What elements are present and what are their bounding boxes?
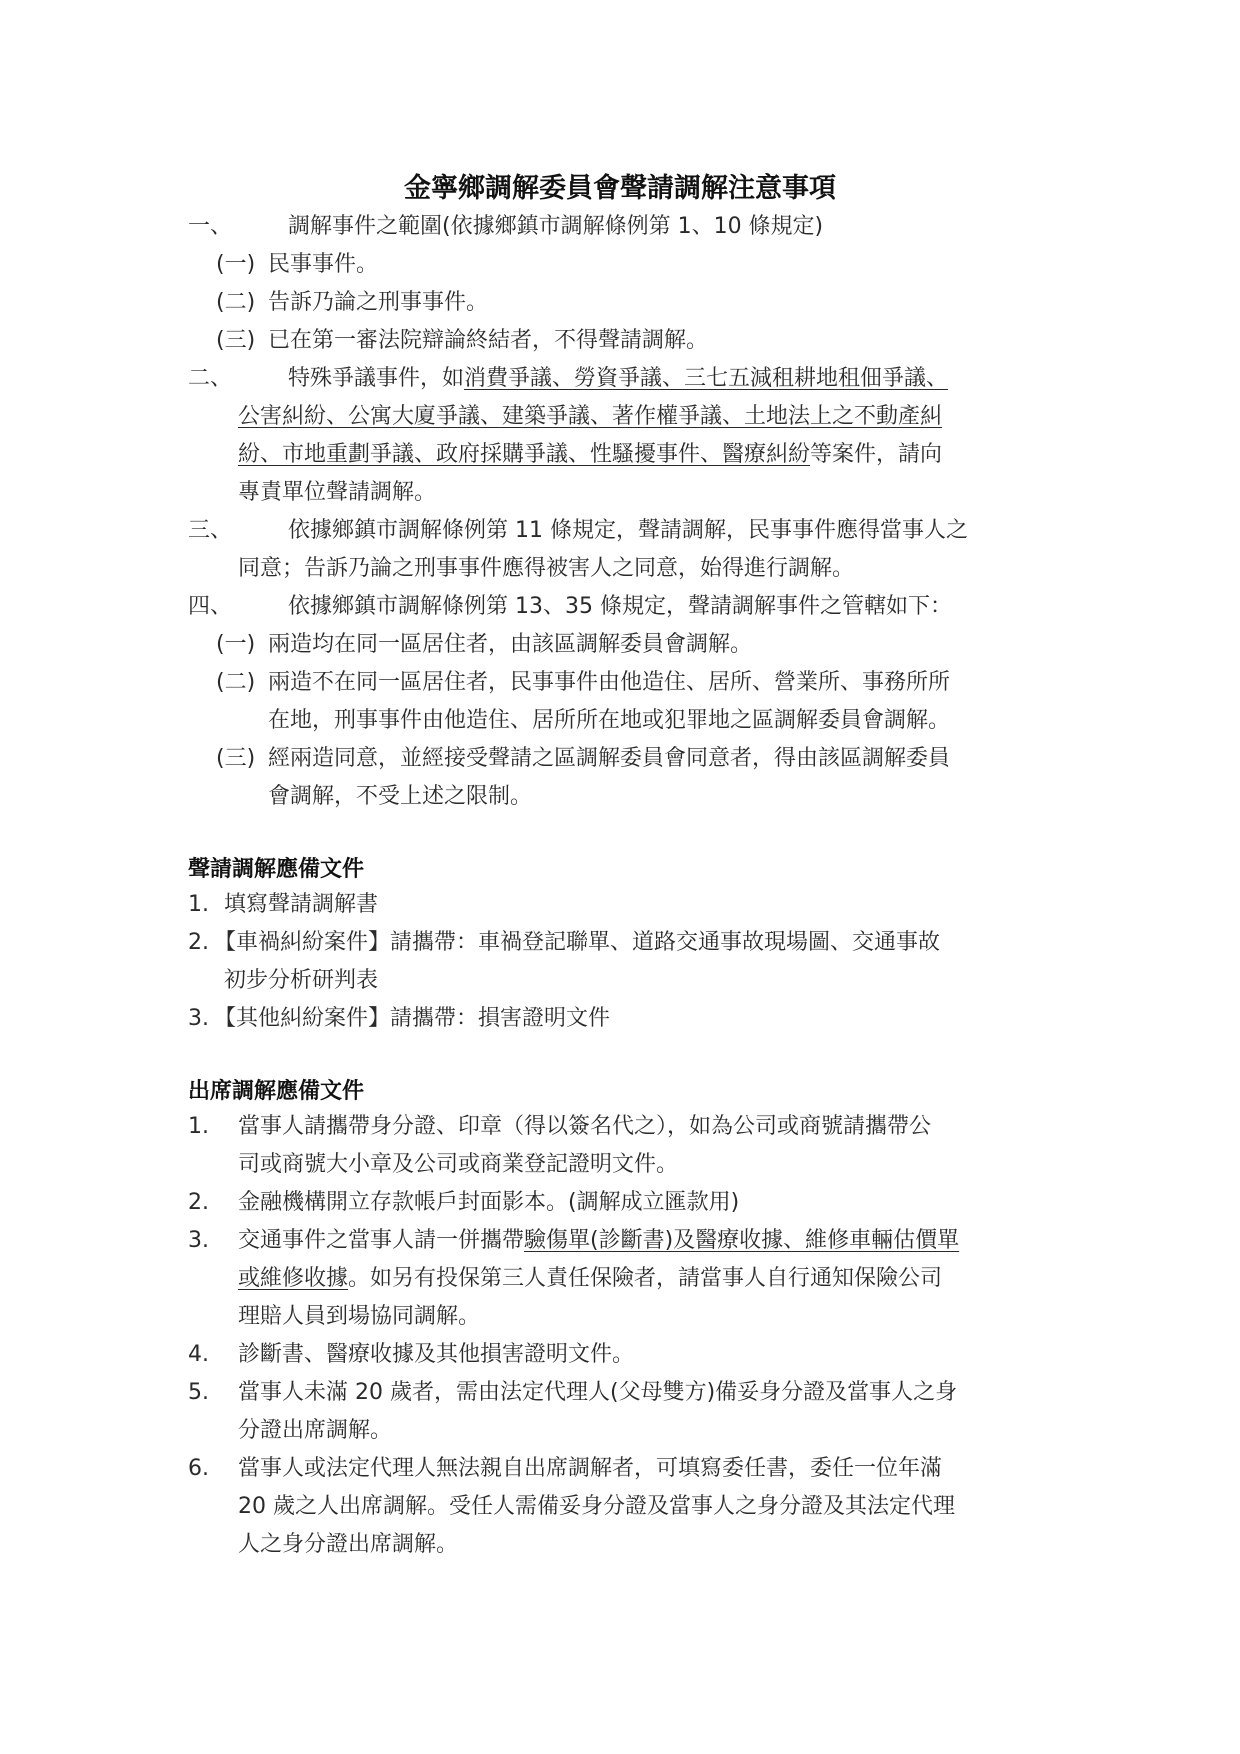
document-title: 金寧鄉調解委員會聲請調解注意事項 — [0, 166, 1240, 205]
attend-item-1-line-2: 司或商號大小章及公司或商業登記證明文件。 — [238, 1150, 678, 1180]
section-1-text: 調解事件之範圍(依據鄉鎮市調解條例第 1、10 條規定) — [288, 212, 823, 242]
section-1-sub-2-text: 告訴乃論之刑事事件。 — [268, 288, 488, 318]
section-2-line-4: 專責單位聲請調解。 — [238, 478, 436, 508]
apply-item-2-marker: 2. — [188, 928, 209, 958]
attend-docs-heading: 出席調解應備文件 — [188, 1074, 364, 1105]
attend-item-3-line-2: 或維修收據。如另有投保第三人責任保險者，請當事人自行通知保險公司 — [238, 1264, 942, 1294]
attend-item-4-line-1: 診斷書、醫療收據及其他損害證明文件。 — [238, 1340, 634, 1370]
attend-item-2-line-1: 金融機構開立存款帳戶封面影本。(調解成立匯款用) — [238, 1188, 739, 1218]
section-4-sub-1-line-1: 兩造均在同一區居住者，由該區調解委員會調解。 — [268, 630, 752, 660]
section-1-sub-3-text: 已在第一審法院辯論終結者，不得聲請調解。 — [268, 326, 708, 356]
section-1-sub-2-marker: (二) — [216, 288, 255, 318]
attend-item-3-line-2-underlined: 或維修收據 — [238, 1266, 348, 1291]
apply-item-1-marker: 1. — [188, 890, 209, 920]
attend-item-3-line-2-plain: 。如另有投保第三人責任保險者，請當事人自行通知保險公司 — [348, 1266, 942, 1291]
attend-item-6-marker: 6. — [188, 1454, 209, 1484]
section-2-line-3-underlined: 紛、市地重劃爭議、政府採購爭議、性騷擾事件、醫療糾紛 — [238, 442, 810, 467]
apply-item-1-line-1: 填寫聲請調解書 — [224, 890, 378, 920]
attend-item-6-line-3: 人之身分證出席調解。 — [238, 1530, 458, 1560]
section-3-line-1: 依據鄉鎮市調解條例第 11 條規定，聲請調解，民事事件應得當事人之 — [288, 516, 968, 546]
section-2-line-2: 公害糾紛、公寓大廈爭議、建築爭議、著作權爭議、土地法上之不動產糾 — [238, 402, 942, 432]
section-1-sub-1-text: 民事事件。 — [268, 250, 378, 280]
document-page: 金寧鄉調解委員會聲請調解注意事項 一、 調解事件之範圍(依據鄉鎮市調解條例第 1… — [0, 0, 1240, 1754]
section-2-line-2-underlined: 公害糾紛、公寓大廈爭議、建築爭議、著作權爭議、土地法上之不動產糾 — [238, 404, 942, 429]
section-1-marker: 一、 — [188, 212, 232, 242]
section-4-sub-2-line-2: 在地，刑事事件由他造住、居所所在地或犯罪地之區調解委員會調解。 — [268, 706, 950, 736]
section-2-line-3-plain: 等案件，請向 — [810, 442, 942, 467]
section-4-line-1: 依據鄉鎮市調解條例第 13、35 條規定，聲請調解事件之管轄如下： — [288, 592, 952, 622]
section-4-marker: 四、 — [188, 592, 232, 622]
section-4-sub-2-marker: (二) — [216, 668, 255, 698]
section-4-sub-1-marker: (一) — [216, 630, 255, 660]
attend-item-5-marker: 5. — [188, 1378, 209, 1408]
attend-item-1-line-1: 當事人請攜帶身分證、印章（得以簽名代之），如為公司或商號請攜帶公 — [238, 1112, 931, 1142]
section-4-sub-3-line-1: 經兩造同意，並經接受聲請之區調解委員會同意者，得由該區調解委員 — [268, 744, 950, 774]
section-1-sub-3-marker: (三) — [216, 326, 255, 356]
section-4-sub-2-line-1: 兩造不在同一區居住者，民事事件由他造住、居所、營業所、事務所所 — [268, 668, 950, 698]
section-3-line-2: 同意；告訴乃論之刑事事件應得被害人之同意，始得進行調解。 — [238, 554, 854, 584]
section-4-sub-3-line-2: 會調解，不受上述之限制。 — [268, 782, 532, 812]
section-2-line-1: 特殊爭議事件，如消費爭議、勞資爭議、三七五減租耕地租佃爭議、 — [288, 364, 948, 394]
section-2-line-1-plain: 特殊爭議事件，如 — [288, 366, 464, 391]
apply-docs-heading: 聲請調解應備文件 — [188, 852, 364, 883]
attend-item-3-line-3: 理賠人員到場協同調解。 — [238, 1302, 480, 1332]
attend-item-6-line-2: 20 歲之人出席調解。受任人需備妥身分證及當事人之身分證及其法定代理 — [238, 1492, 955, 1522]
section-2-line-3: 紛、市地重劃爭議、政府採購爭議、性騷擾事件、醫療糾紛等案件，請向 — [238, 440, 942, 470]
attend-item-6-line-1: 當事人或法定代理人無法親自出席調解者，可填寫委任書，委任一位年滿 — [238, 1454, 942, 1484]
attend-item-3-marker: 3. — [188, 1226, 209, 1256]
section-3-marker: 三、 — [188, 516, 232, 546]
section-1-sub-1-marker: (一) — [216, 250, 255, 280]
section-2-marker: 二、 — [188, 364, 232, 394]
section-4-sub-3-marker: (三) — [216, 744, 255, 774]
apply-item-3-line-1: 【其他糾紛案件】請攜帶：損害證明文件 — [214, 1004, 610, 1034]
attend-item-2-marker: 2. — [188, 1188, 209, 1218]
section-2-line-1-underlined: 消費爭議、勞資爭議、三七五減租耕地租佃爭議、 — [464, 366, 948, 391]
attend-item-3-line-1: 交通事件之當事人請一併攜帶驗傷單(診斷書)及醫療收據、維修車輛估價單 — [238, 1226, 959, 1256]
attend-item-3-line-1-underlined: 驗傷單(診斷書)及醫療收據、維修車輛估價單 — [524, 1228, 959, 1253]
attend-item-5-line-2: 分證出席調解。 — [238, 1416, 392, 1446]
attend-item-3-line-1-plain: 交通事件之當事人請一併攜帶 — [238, 1228, 524, 1253]
attend-item-5-line-1: 當事人未滿 20 歲者，需由法定代理人(父母雙方)備妥身分證及當事人之身 — [238, 1378, 957, 1408]
attend-item-1-marker: 1. — [188, 1112, 209, 1142]
apply-item-2-line-2: 初步分析研判表 — [224, 966, 378, 996]
apply-item-3-marker: 3. — [188, 1004, 209, 1034]
attend-item-4-marker: 4. — [188, 1340, 209, 1370]
apply-item-2-line-1: 【車禍糾紛案件】請攜帶：車禍登記聯單、道路交通事故現場圖、交通事故 — [214, 928, 940, 958]
